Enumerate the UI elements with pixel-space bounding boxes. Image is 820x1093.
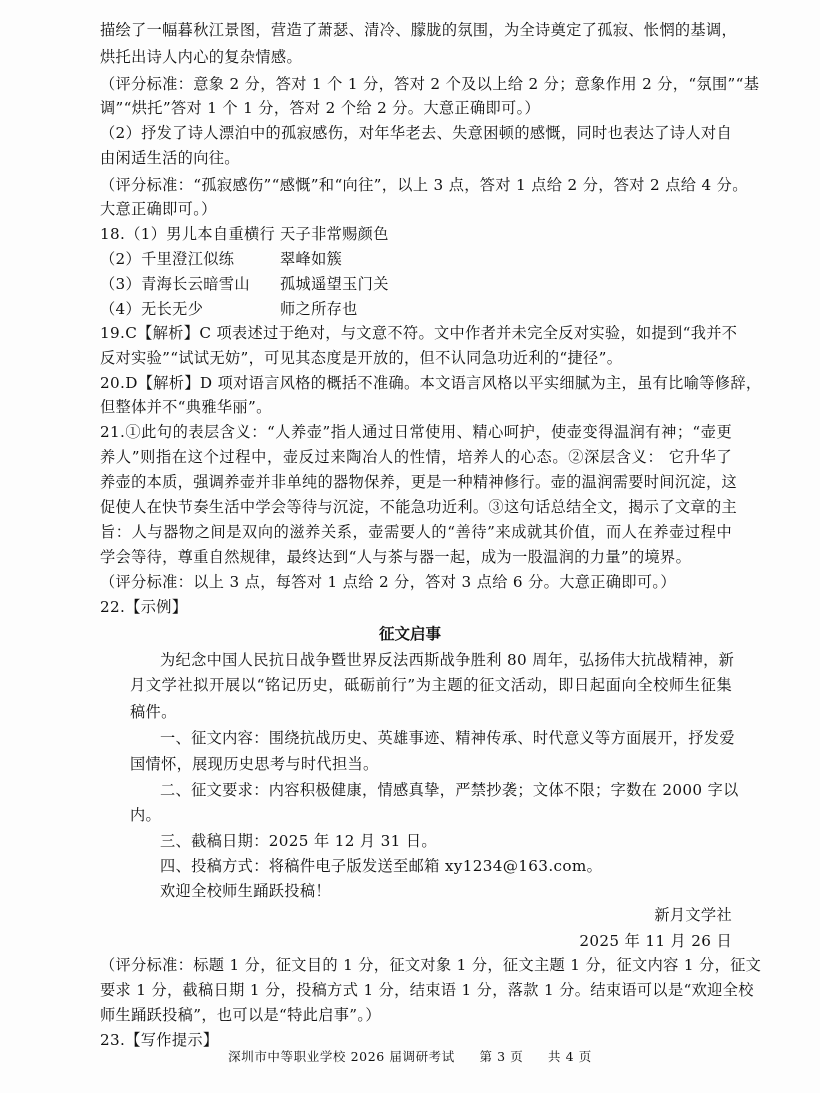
essay-submission: 四、投稿方式：将稿件电子版发送至邮箱 xy1234@163.com。 (160, 856, 732, 876)
q22-scoring-line: （评分标准：标题 1 分，征文目的 1 分，征文对象 1 分，征文主题 1 分，… (100, 955, 732, 975)
q21-line: 促使人在快节奏生活中学会等待与沉淀，不能急功近利。③这句话总结全文，揭示了文章的… (100, 497, 732, 517)
q17-scoring-line: （评分标准：意象 2 分，答对 1 个 1 分，答对 2 个及以上给 2 分；意… (100, 74, 732, 94)
essay-deadline: 三、截稿日期：2025 年 12 月 31 日。 (160, 831, 732, 851)
q18-label: 18.（1）男儿本自重横行 (100, 224, 280, 244)
q17-scoring-line: （评分标准：“孤寂感伤”“感慨”和“向往”，以上 3 点，答对 1 点给 2 分… (100, 175, 732, 195)
q21-line: 养壶的本质，强调养壶并非单纯的器物保养，更是一种精神修行。壶的温润需要时间沉淀，… (100, 472, 732, 492)
exam-name: 深圳市中等职业学校 2026 届调研考试 (228, 1049, 455, 1064)
q18-item: （4）无长无少师之所存也 (100, 299, 732, 319)
page-current: 第 3 页 (479, 1049, 523, 1064)
essay-intro-line: 为纪念中国人民抗日战争暨世界反法西斯战争胜利 80 周年，弘扬伟大抗战精神，新 (160, 650, 732, 670)
essay-closing: 欢迎全校师生踊跃投稿！ (160, 881, 732, 901)
q17-part2-line: 由闲适生活的向往。 (100, 148, 732, 168)
essay-date: 2025 年 11 月 26 日 (100, 931, 732, 951)
q18-label: （3）青海长云暗雪山 (100, 274, 280, 294)
q17-text-line: 描绘了一幅暮秋江景图，营造了萧瑟、清冷、朦胧的氛围，为全诗奠定了孤寂、怅惘的基调… (100, 20, 732, 40)
q18-label: （4）无长无少 (100, 299, 280, 319)
essay-requirements-line: 内。 (130, 805, 732, 825)
q21-line: 旨：人与器物之间是双向的滋养关系，壶需要人的“善待”来成就其价值，而人在养壶过程… (100, 522, 732, 542)
q18-answer: 师之所存也 (280, 300, 358, 318)
page-footer: 深圳市中等职业学校 2026 届调研考试 第 3 页 共 4 页 (0, 1048, 820, 1066)
q18-item: （3）青海长云暗雪山孤城遥望玉门关 (100, 274, 732, 294)
answer-key-page: 描绘了一幅暮秋江景图，营造了萧瑟、清冷、朦胧的氛围，为全诗奠定了孤寂、怅惘的基调… (0, 0, 820, 1093)
q22-scoring-line: 师生踊跃投稿”，也可以是“特此启事”。） (100, 1005, 732, 1025)
q21-line: 21.①此句的表层含义：“人养壶”指人通过日常使用、精心呵护，使壶变得温润有神；… (100, 422, 732, 442)
page-total: 共 4 页 (548, 1049, 592, 1064)
q18-answer: 翠峰如簇 (280, 250, 342, 268)
q17-scoring-line: 调”“烘托”答对 1 个 1 分，答对 2 个给 2 分。大意正确即可。） (100, 98, 732, 118)
q21-line: 学会等待，尊重自然规律，最终达到“人与茶与器一起，成为一股温润的力量”的境界。 (100, 547, 732, 567)
essay-content-line: 一、征文内容：围绕抗战历史、英雄事迹、精神传承、时代意义等方面展开，抒发爱 (160, 728, 732, 748)
q18-label: （2）千里澄江似练 (100, 249, 280, 269)
essay-intro-line: 月文学社拟开展以“铭记历史，砥砺前行”为主题的征文活动，即日起面向全校师生征集 (130, 675, 732, 695)
q18-answer: 天子非常赐颜色 (280, 225, 389, 243)
q23-header: 23.【写作提示】 (100, 1030, 732, 1050)
q18-item: （2）千里澄江似练翠峰如簇 (100, 249, 732, 269)
q20-line: 20.D【解析】D 项对语言风格的概括不准确。本文语言风格以平实细腻为主，虽有比… (100, 373, 732, 393)
essay-intro-line: 稿件。 (130, 702, 732, 722)
essay-requirements-line: 二、征文要求：内容积极健康，情感真挚，严禁抄袭；文体不限；字数在 2000 字以 (160, 780, 732, 800)
essay-title: 征文启事 (0, 624, 820, 644)
q18-answer: 孤城遥望玉门关 (280, 275, 389, 293)
q21-scoring: （评分标准：以上 3 点，每答对 1 点给 2 分，答对 3 点给 6 分。大意… (100, 572, 732, 592)
q17-scoring-line: 大意正确即可。） (100, 199, 732, 219)
q18-item: 18.（1）男儿本自重横行天子非常赐颜色 (100, 224, 732, 244)
q17-part2-line: （2）抒发了诗人漂泊中的孤寂感伤，对年华老去、失意困顿的感慨，同时也表达了诗人对… (100, 123, 732, 143)
q22-header: 22.【示例】 (100, 597, 732, 617)
essay-content-line: 国情怀，展现历史思考与时代担当。 (130, 754, 732, 774)
q20-line: 但整体并不“典雅华丽”。 (100, 397, 732, 417)
essay-signature: 新月文学社 (100, 905, 732, 925)
q22-scoring-line: 要求 1 分，截稿日期 1 分，投稿方式 1 分，结束语 1 分，落款 1 分。… (100, 980, 732, 1000)
q21-line: 养人”则指在这个过程中，壶反过来陶冶人的性情，培养人的心态。②深层含义： 它升华… (100, 447, 732, 467)
q19-line: 反对实验”“试试无妨”，可见其态度是开放的，但不认同急功近利的“捷径”。 (100, 348, 732, 368)
q17-text-line: 烘托出诗人内心的复杂情感。 (100, 47, 732, 67)
q19-line: 19.C【解析】C 项表述过于绝对，与文意不符。文中作者并未完全反对实验，如提到… (100, 323, 732, 343)
